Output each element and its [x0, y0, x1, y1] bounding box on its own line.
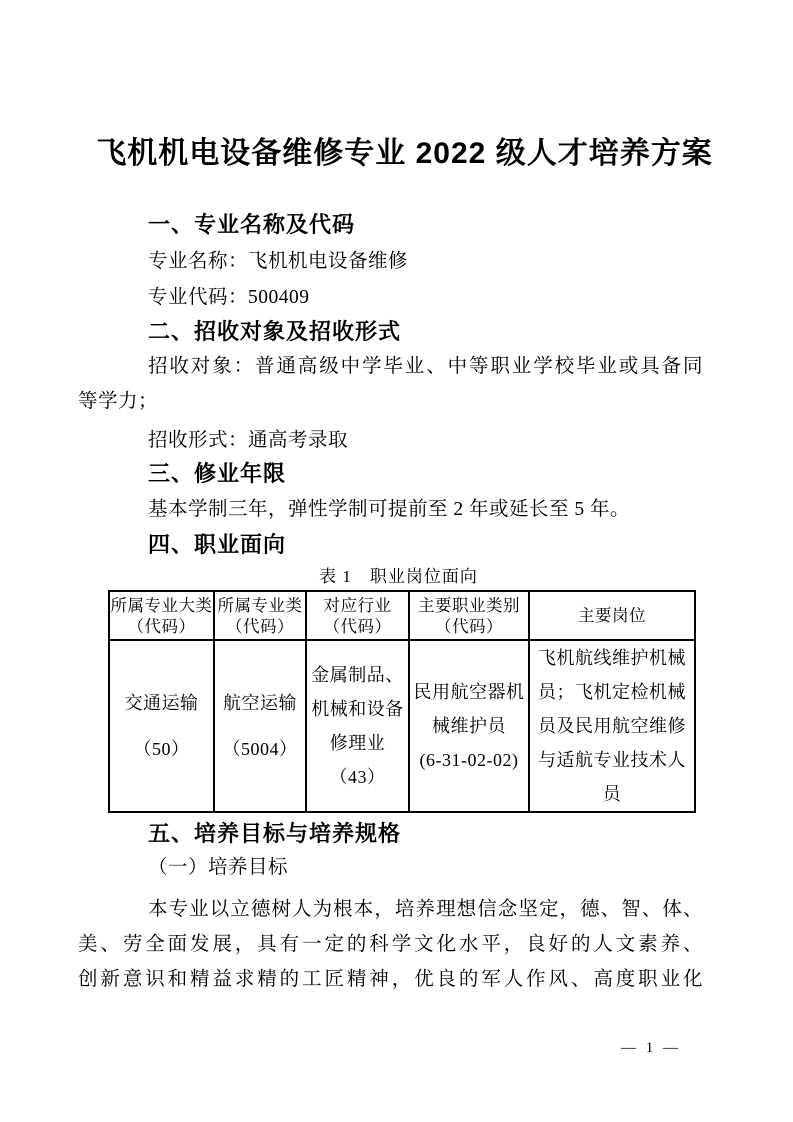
section5-heading: 五、培养目标与培养规格 [148, 819, 703, 849]
header-code-label: （代码） [410, 616, 528, 637]
document-title: 飞机机电设备维修专业 2022 级人才培养方案 [92, 134, 717, 174]
section1-heading: 一、专业名称及代码 [148, 210, 703, 240]
admission-target-line1: 招收对象：普通高级中学毕业、中等职业学校毕业或具备同 [78, 352, 703, 382]
page-number: — 1 — [621, 1040, 681, 1057]
header-label: 所属专业类 [215, 595, 305, 616]
career-table-data-row: 交通运输 （50） 航空运输 （5004） 金属制品、机械和设备修理业 （43）… [109, 640, 695, 812]
major-name-line: 专业名称：飞机机电设备维修 [78, 247, 703, 277]
cell-occupation: 民用航空器机械维护员 (6-31-02-02) [409, 640, 529, 812]
study-period-line: 基本学制三年，弹性学制可提前至 2 年或延长至 5 年。 [78, 495, 703, 525]
document-content: 飞机机电设备维修专业 2022 级人才培养方案 一、专业名称及代码 专业名称：飞… [78, 0, 703, 995]
header-code-label: （代码） [215, 616, 305, 637]
document-page: 飞机机电设备维修专业 2022 级人才培养方案 一、专业名称及代码 专业名称：飞… [0, 0, 793, 1122]
table1-caption: 表 1 职业岗位面向 [86, 566, 711, 588]
career-orientation-table: 所属专业大类 （代码） 所属专业类 （代码） 对应行业 （代码） 主要职业类别 … [108, 590, 696, 813]
training-objective-line1: 本专业以立德树人为根本，培养理想信念坚定，德、智、体、 [78, 895, 703, 925]
training-objective-line2: 美、劳全面发展，具有一定的科学文化水平，良好的人文素养、 [78, 930, 703, 960]
section5-subheading: （一）培养目标 [78, 853, 703, 883]
section3-heading: 三、修业年限 [148, 459, 703, 489]
admission-form-line: 招收形式：通高考录取 [78, 426, 703, 456]
major-code-line: 专业代码：500409 [78, 283, 703, 313]
admission-target-line2: 等学力； [78, 387, 703, 417]
header-label: 主要职业类别 [410, 595, 528, 616]
cell-industry: 金属制品、机械和设备修理业 （43） [306, 640, 409, 812]
header-code-label: （代码） [307, 616, 408, 637]
training-objective-line3: 创新意识和精益求精的工匠精神，优良的军人作风、高度职业化 [78, 965, 703, 995]
header-code-label: （代码） [110, 616, 213, 637]
section2-heading: 二、招收对象及招收形式 [148, 317, 703, 347]
header-label: 对应行业 [307, 595, 408, 616]
header-cell-positions: 主要岗位 [529, 591, 695, 640]
header-label: 所属专业大类 [110, 595, 213, 616]
career-table-header-row: 所属专业大类 （代码） 所属专业类 （代码） 对应行业 （代码） 主要职业类别 … [109, 591, 695, 640]
header-cell-category: 所属专业类 （代码） [214, 591, 306, 640]
cell-major-category: 交通运输 （50） [109, 640, 214, 812]
header-cell-occupation: 主要职业类别 （代码） [409, 591, 529, 640]
header-cell-industry: 对应行业 （代码） [306, 591, 409, 640]
header-cell-major-category: 所属专业大类 （代码） [109, 591, 214, 640]
cell-positions: 飞机航线维护机械员；飞机定检机械员及民用航空维修与适航专业技术人员 [529, 640, 695, 812]
cell-category: 航空运输 （5004） [214, 640, 306, 812]
header-label: 主要岗位 [530, 605, 694, 626]
section4-heading: 四、职业面向 [148, 530, 703, 560]
